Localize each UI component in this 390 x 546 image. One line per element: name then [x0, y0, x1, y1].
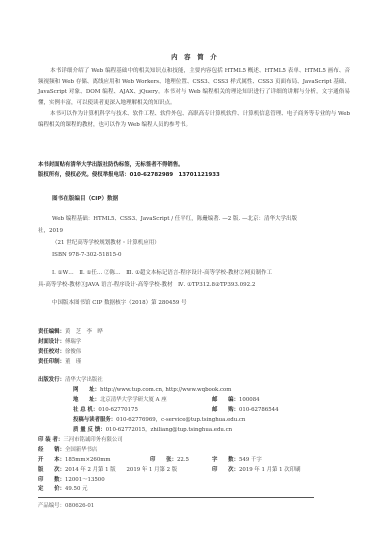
sheets-row: 印 张：22.5	[150, 458, 189, 463]
cip-subjects-line-2: 具-高等学校-教材③JAVA 语言-程序设计-高等学校-教材 Ⅳ. ①TP312…	[38, 283, 255, 289]
mail-order-label: 邮 购：	[212, 407, 239, 413]
format-value: 185mm×260mm	[65, 457, 111, 463]
publisher-address-row: 地 址：北京清华大学学研大厦 A 座	[73, 398, 167, 403]
printer-value: 三河市铭诚印务有限公司	[63, 437, 122, 443]
address-label: 地 址：	[73, 397, 100, 403]
switchboard-label: 社 总 机：	[73, 407, 98, 413]
sheets-label: 印 张：	[150, 457, 177, 463]
cip-entry-line-2: 社，2019	[38, 229, 63, 235]
credit-cover-design-label: 封面设计：	[38, 339, 65, 345]
website-label: 网 址：	[73, 387, 100, 393]
credit-editor: 责任编辑：黄 芝 李 晔	[38, 330, 103, 335]
edition-value: 2014 年 2 月第 1 版 2019 年 1 月第 2 版	[65, 467, 177, 473]
credit-proofreader-label: 责任校对：	[38, 349, 65, 355]
cip-series: （21 世纪高等学校规划教材・计算机应用）	[52, 241, 160, 247]
credit-editor-label: 责任编辑：	[38, 329, 65, 335]
intro-paragraph-2: 本书可以作为计算机科学与技术、软件工程、软件外包、高职高专计算机软件、计算机信息…	[38, 109, 350, 130]
impression-value: 2019 年 1 月第 1 次印刷	[239, 467, 301, 473]
publisher-postcode-row: 邮 编：100084	[212, 398, 260, 403]
service-value: 010-62776969，c-service@tup.tsinghua.edu.…	[116, 417, 245, 423]
credit-cover-design: 封面设计：傅瑞学	[38, 340, 81, 345]
publisher-website-row: 网 址：http://www.tup.com.cn, http://www.wq…	[73, 388, 231, 393]
edition-row: 版 次：2014 年 2 月第 1 版 2019 年 1 月第 2 版	[38, 468, 177, 473]
format-label: 开 本：	[38, 457, 65, 463]
cip-library-record: 中国版本图书馆 CIP 数据核字（2018）第 280459 号	[52, 301, 187, 307]
sheets-value: 22.5	[177, 457, 189, 463]
impression-row: 印 次：2019 年 1 月第 1 次印刷	[212, 468, 300, 473]
credit-cover-design-value: 傅瑞学	[65, 339, 81, 345]
feedback-value: 010-62772015，zhiliang@tup.tsinghua.edu.c…	[106, 427, 233, 433]
distributor-row: 经 销：全国新华书店	[38, 448, 97, 453]
word-count-value: 549 千字	[239, 457, 262, 463]
intro-paragraph-2-text: 本书可以作为计算机科学与技术、软件工程、软件外包、高职高专计算机软件、计算机信息…	[38, 111, 350, 128]
print-run-label: 印 数：	[38, 477, 65, 483]
print-run-value: 12001～13500	[65, 477, 105, 483]
switchboard-value: 010-62770175	[98, 407, 138, 413]
mail-order-value: 010-62786544	[239, 407, 279, 413]
service-label: 投稿与读者服务：	[73, 417, 116, 423]
printer-row: 印 装 者：三河市铭诚印务有限公司	[38, 438, 123, 443]
credit-editor-value: 黄 芝 李 晔	[65, 329, 103, 335]
product-code-row: 产品编号：080626-01	[38, 504, 94, 509]
intro-paragraph-1-text: 本书详细介绍了 Web 编程基础中的相关知识点和技能，主要内容包括 HTML5 …	[38, 68, 350, 106]
word-count-label: 字 数：	[212, 457, 239, 463]
publisher-feedback-row: 质 量 反 馈：010-62772015，zhiliang@tup.tsingh…	[73, 428, 232, 433]
distributor-value: 全国新华书店	[65, 447, 97, 453]
publisher-service-row: 投稿与读者服务：010-62776969，c-service@tup.tsing…	[73, 418, 245, 423]
credit-printing-supervisor-label: 责任印制：	[38, 359, 65, 365]
publisher-switchboard-row: 社 总 机：010-62770175	[73, 408, 138, 413]
product-code-value: 080626-01	[65, 503, 94, 509]
edition-label: 版 次：	[38, 467, 65, 473]
printer-label: 印 装 者：	[38, 437, 63, 443]
word-count-row: 字 数：549 千字	[212, 458, 262, 463]
credit-printing-supervisor: 责任印制：董 瑾	[38, 360, 81, 365]
publisher-row: 出版发行：清华大学出版社	[38, 378, 103, 383]
feedback-label: 质 量 反 馈：	[73, 427, 106, 433]
anti-counterfeit-notice: 本书封面贴有清华大学出版社防伪标签，无标签者不得销售。	[38, 163, 184, 168]
price-row: 定 价：49.50 元	[38, 487, 88, 492]
address-value: 北京清华大学学研大厦 A 座	[100, 397, 167, 403]
publisher-label: 出版发行：	[38, 377, 65, 383]
print-run-row: 印 数：12001～13500	[38, 478, 105, 483]
intro-title: 内 容 简 介	[0, 54, 390, 60]
format-row: 开 本：185mm×260mm	[38, 458, 111, 463]
impression-label: 印 次：	[212, 467, 239, 473]
postcode-label: 邮 编：	[212, 397, 239, 403]
postcode-value: 100084	[239, 397, 260, 403]
distributor-label: 经 销：	[38, 447, 65, 453]
cip-isbn: ISBN 978-7-302-51815-0	[52, 253, 121, 259]
horizontal-divider	[38, 497, 314, 498]
credit-proofreader-value: 徐俊伟	[65, 349, 81, 355]
credit-proofreader: 责任校对：徐俊伟	[38, 350, 81, 355]
copyright-notice: 版权所有，侵权必究。侵权举报电话：010-62782989 1370112193…	[38, 173, 220, 178]
publisher-name: 清华大学出版社	[65, 377, 103, 383]
intro-paragraph-1: 本书详细介绍了 Web 编程基础中的相关知识点和技能，主要内容包括 HTML5 …	[38, 66, 350, 108]
cip-heading: 图书在版编目（CIP）数据	[52, 197, 118, 203]
price-label: 定 价：	[38, 486, 65, 492]
product-code-label: 产品编号：	[38, 503, 65, 509]
price-value: 49.50 元	[65, 486, 88, 492]
website-value: http://www.tup.com.cn, http://www.wqbook…	[100, 387, 231, 393]
cip-subjects-line-1: Ⅰ. ①W… Ⅱ. ①任… ②陈… Ⅲ. ①超文本标记语言-程序设计-高等学校-…	[52, 271, 272, 277]
cip-entry-line-1: Web 编程基础：HTML5、CSS3、JavaScript / 任平红，陈矗编…	[52, 217, 297, 223]
publisher-mail-order-row: 邮 购：010-62786544	[212, 408, 279, 413]
credit-printing-supervisor-value: 董 瑾	[65, 359, 81, 365]
